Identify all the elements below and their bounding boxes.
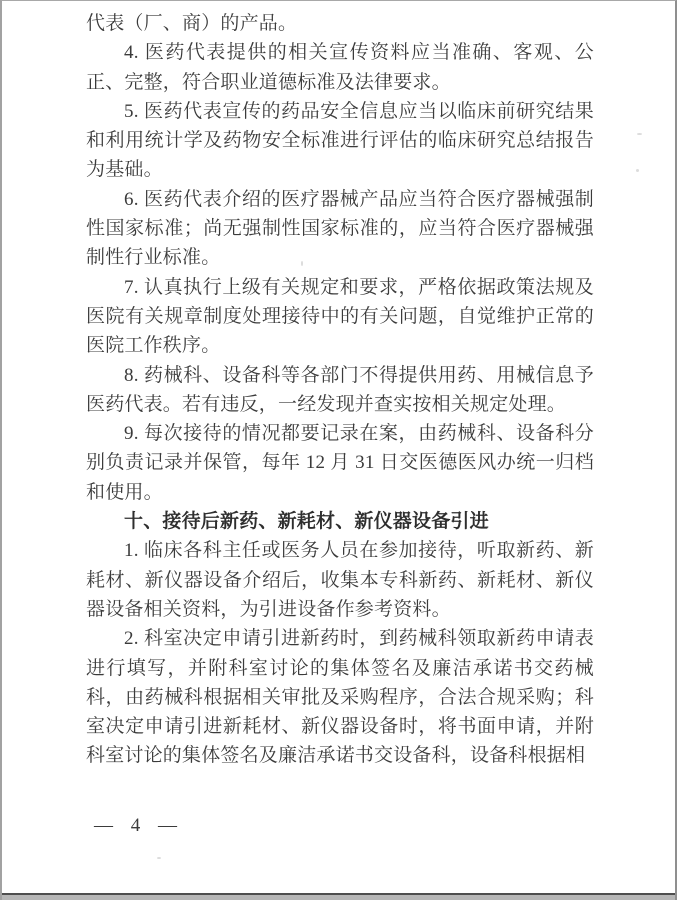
paragraph-item-8: 8. 药械科、设备科等各部门不得提供用药、用械信息予医药代表。若有违反，一经发现… — [86, 361, 594, 420]
paragraph-item-6: 6. 医药代表介绍的医疗器械产品应当符合医疗器械强制性国家标准；尚无强制性国家标… — [86, 185, 594, 273]
scan-speckle — [157, 857, 161, 859]
paragraph-item-5: 5. 医药代表宣传的药品安全信息应当以临床前研究结果和利用统计学及药物安全标准进… — [86, 97, 594, 185]
section-heading-10: 十、接待后新药、新耗材、新仪器设备引进 — [86, 507, 594, 536]
paragraph-item-7: 7. 认真执行上级有关规定和要求，严格依据政策法规及医院有关规章制度处理接待中的… — [86, 273, 594, 361]
scan-speckle — [636, 169, 639, 172]
document-page: 代表（厂、商）的产品。 4. 医药代表提供的相关宣传资料应当准确、客观、公正、完… — [0, 0, 677, 900]
scan-speckle — [637, 133, 642, 135]
paragraph-item-9: 9. 每次接待的情况都要记录在案，由药械科、设备科分别负责记录并保管，每年 12… — [86, 419, 594, 507]
page-bottom-edge-band — [2, 895, 675, 900]
paragraph-item-4: 4. 医药代表提供的相关宣传资料应当准确、客观、公正、完整，符合职业道德标准及法… — [86, 38, 594, 97]
paragraph-continuation: 代表（厂、商）的产品。 — [86, 9, 594, 38]
paragraph-sub-item-2: 2. 科室决定申请引进新药时，到药械科领取新药申请表进行填写，并附科室讨论的集体… — [86, 624, 594, 770]
paragraph-sub-item-1: 1. 临床各科主任或医务人员在参加接待，听取新药、新耗材、新仪器设备介绍后，收集… — [86, 536, 594, 624]
page-number: — 4 — — [94, 815, 178, 837]
scan-speckle — [301, 261, 303, 266]
page-body-text: 代表（厂、商）的产品。 4. 医药代表提供的相关宣传资料应当准确、客观、公正、完… — [86, 9, 594, 771]
